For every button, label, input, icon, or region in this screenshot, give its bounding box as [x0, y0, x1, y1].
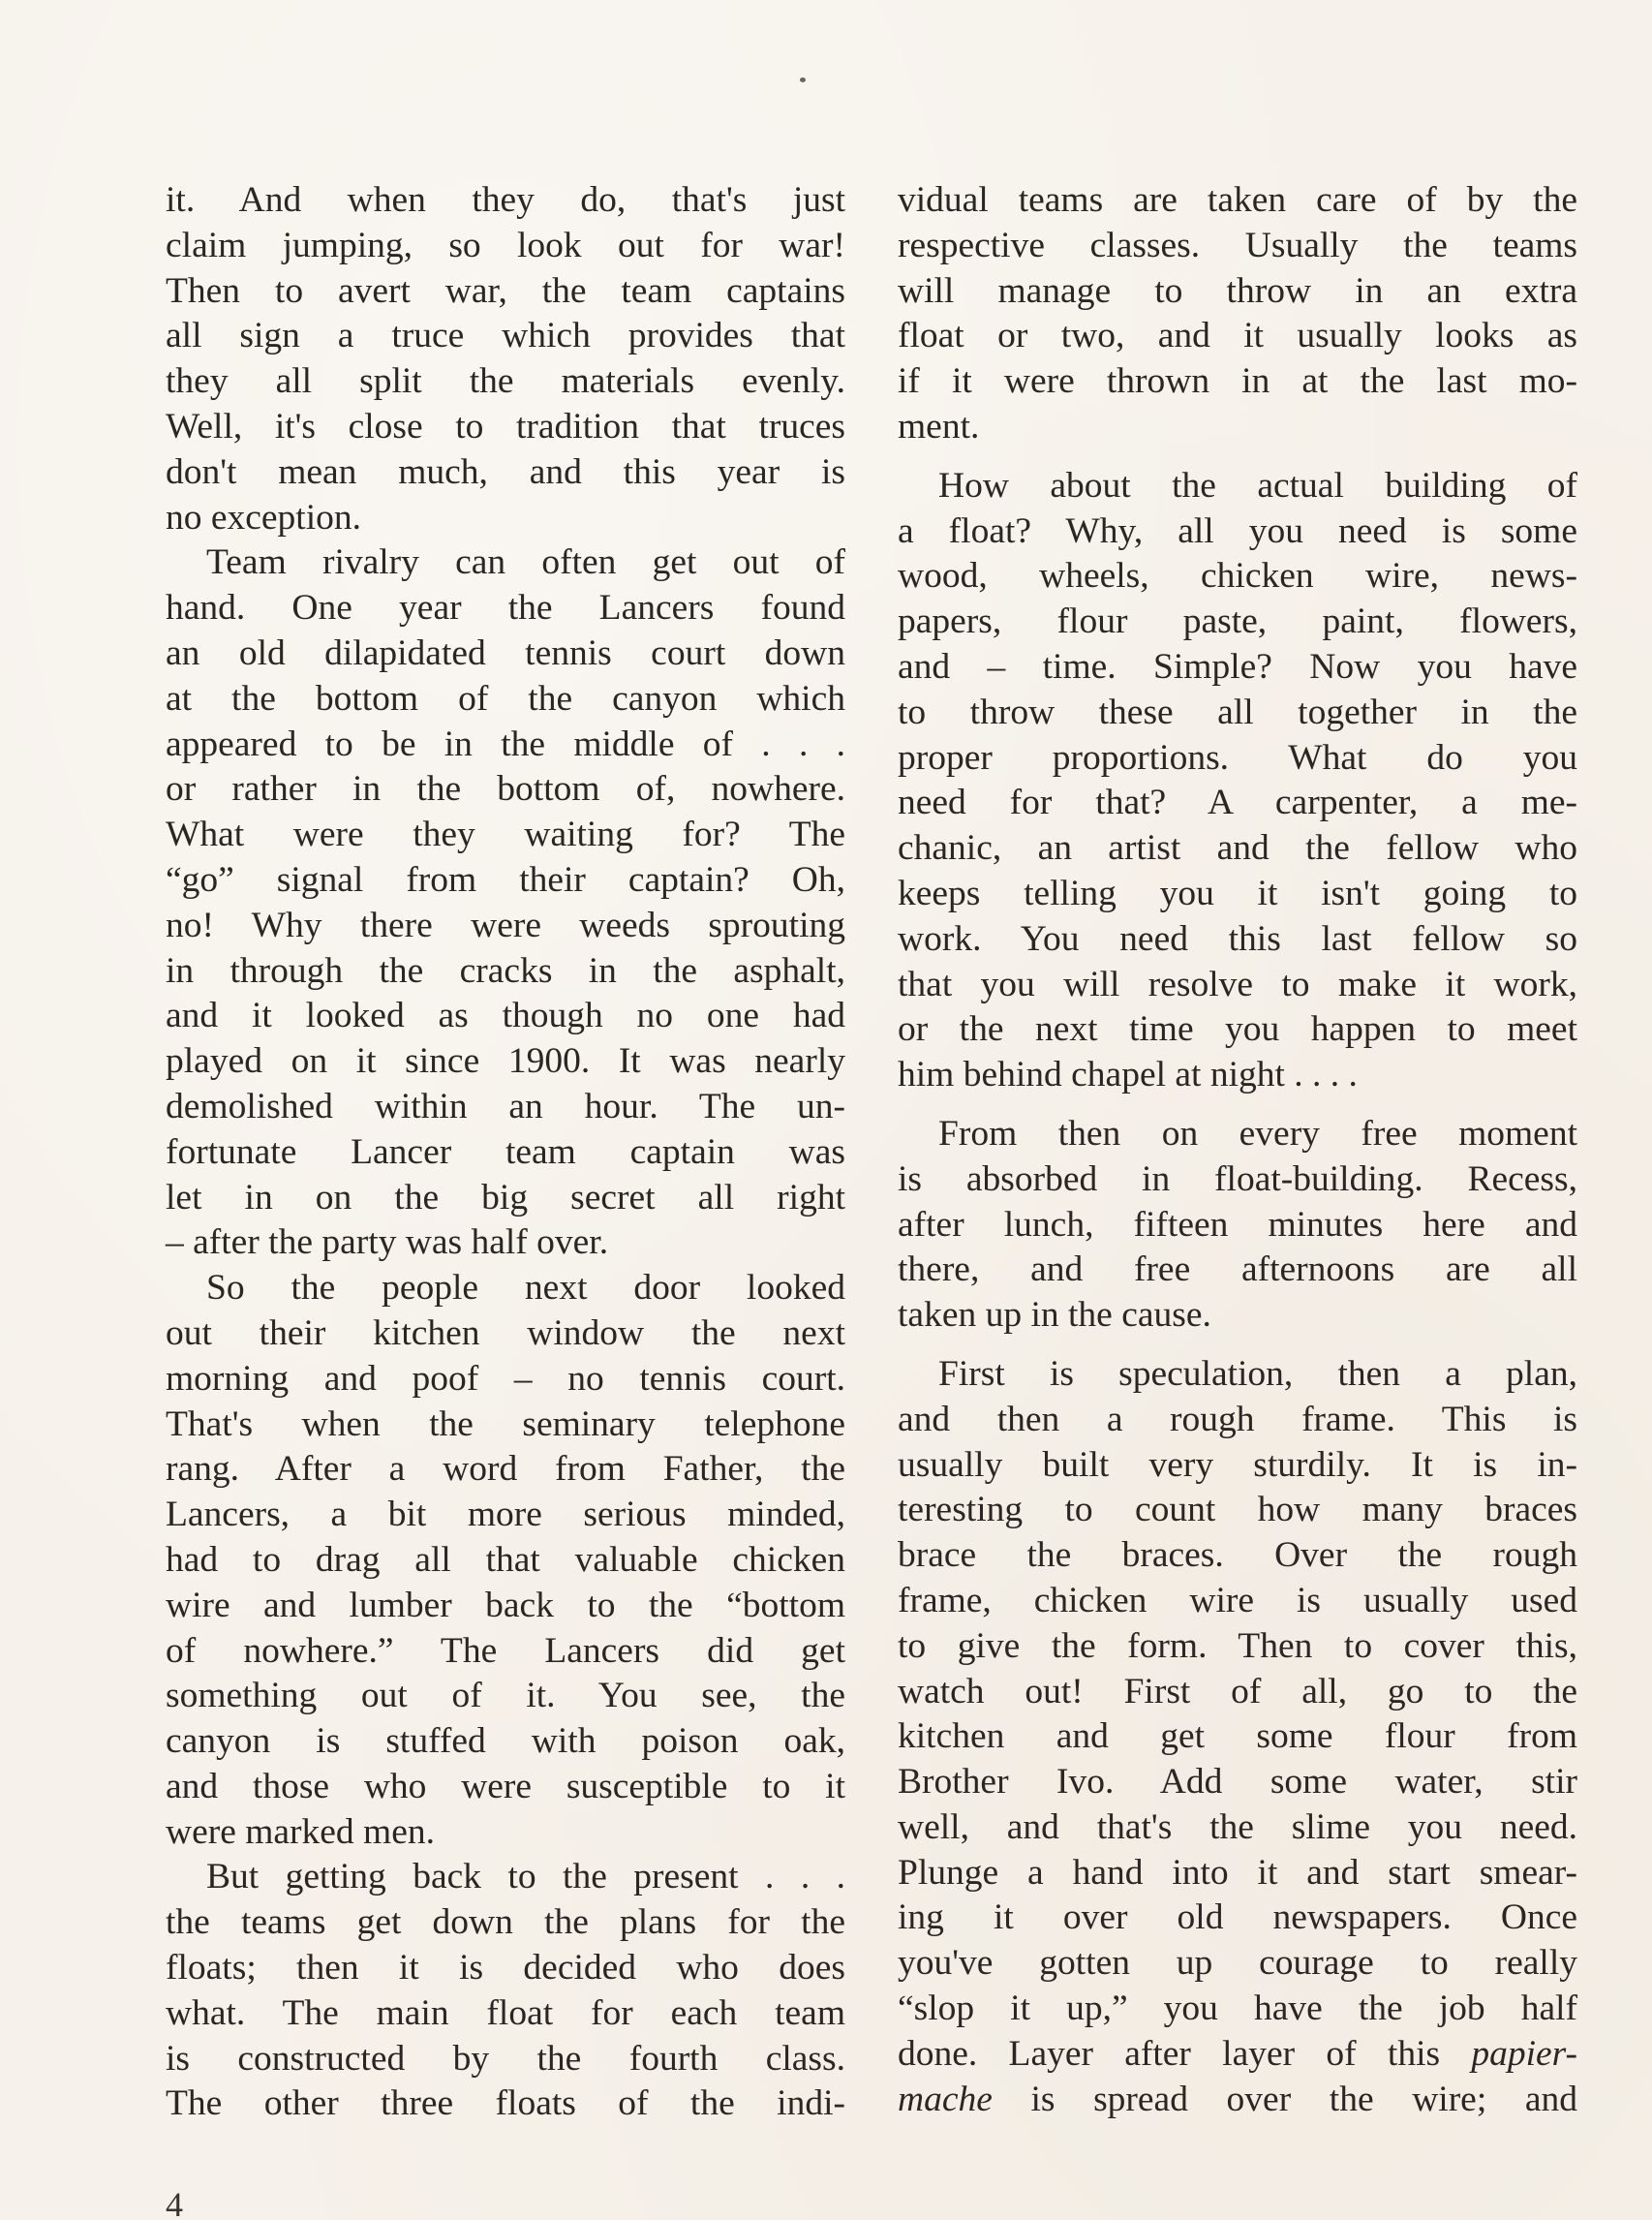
- text-line: – after the party was half over.: [166, 1220, 845, 1266]
- text-line: it. And when they do, that's just: [166, 178, 845, 224]
- text-line: floats; then it is decided who does: [166, 1946, 845, 1991]
- paragraph: How about the actual building of a float…: [898, 464, 1577, 1098]
- text-line: mache is spread over the wire; and: [898, 2078, 1577, 2123]
- text-line: what. The main float for each team: [166, 1991, 845, 2037]
- text-line: kitchen and get some flour from: [898, 1714, 1577, 1760]
- text-line: you've gotten up courage to really: [898, 1941, 1577, 1987]
- magazine-page: it. And when they do, that's just claim …: [0, 0, 1652, 2220]
- text-line: demolished within an hour. The un-: [166, 1085, 845, 1130]
- text-line: if it were thrown in at the last mo-: [898, 359, 1577, 405]
- text-line: him behind chapel at night . . . .: [898, 1053, 1577, 1098]
- text-line: to throw these all together in the: [898, 691, 1577, 736]
- text-line: or rather in the bottom of, nowhere.: [166, 767, 845, 813]
- paragraph-spacing: [898, 1098, 1577, 1112]
- text-line: So the people next door looked: [166, 1266, 845, 1311]
- text-line: had to drag all that valuable chicken: [166, 1538, 845, 1584]
- text-line: Plunge a hand into it and start smear-: [898, 1851, 1577, 1896]
- text-line: at the bottom of the canyon which: [166, 677, 845, 723]
- text-line: is constructed by the fourth class.: [166, 2037, 845, 2082]
- text-line: wire and lumber back to the “bottom: [166, 1584, 845, 1629]
- text-line: of nowhere.” The Lancers did get: [166, 1629, 845, 1675]
- text-line: vidual teams are taken care of by the: [898, 178, 1577, 224]
- paragraph: So the people next door looked out their…: [166, 1266, 845, 1855]
- text-line: chanic, an artist and the fellow who: [898, 826, 1577, 872]
- italic-term: mache: [898, 2080, 993, 2119]
- text-line: appeared to be in the middle of . . .: [166, 723, 845, 768]
- text-line: done. Layer after layer of this papier-: [898, 2032, 1577, 2078]
- text-line: hand. One year the Lancers found: [166, 586, 845, 632]
- print-speck: [800, 77, 806, 82]
- text-line: Lancers, a bit more serious minded,: [166, 1493, 845, 1538]
- text-line: let in on the big secret all right: [166, 1176, 845, 1221]
- text-line: that you will resolve to make it work,: [898, 963, 1577, 1008]
- text-line: From then on every free moment: [898, 1112, 1577, 1157]
- text-segment: is spread over the wire; and: [993, 2080, 1577, 2119]
- text-line: and then a rough frame. This is: [898, 1398, 1577, 1443]
- text-line: no exception.: [166, 496, 845, 541]
- paragraph: First is speculation, then a plan, and t…: [898, 1352, 1577, 2123]
- text-line: How about the actual building of: [898, 464, 1577, 509]
- text-line: rang. After a word from Father, the: [166, 1447, 845, 1493]
- text-segment: done. Layer after layer of this: [898, 2034, 1471, 2074]
- text-line: proper proportions. What do you: [898, 736, 1577, 782]
- paragraph: From then on every free moment is absorb…: [898, 1112, 1577, 1339]
- paragraph: it. And when they do, that's just claim …: [166, 178, 845, 540]
- text-line: taken up in the cause.: [898, 1293, 1577, 1339]
- text-line: a float? Why, all you need is some: [898, 509, 1577, 555]
- text-line: need for that? A carpenter, a me-: [898, 781, 1577, 826]
- text-line: brace the braces. Over the rough: [898, 1533, 1577, 1579]
- text-line: Well, it's close to tradition that truce…: [166, 405, 845, 450]
- left-column: it. And when they do, that's just claim …: [166, 178, 845, 2127]
- text-line: no! Why there were weeds sprouting: [166, 904, 845, 949]
- paragraph: Team rivalry can often get out of hand. …: [166, 540, 845, 1266]
- text-line: played on it since 1900. It was nearly: [166, 1039, 845, 1085]
- text-line: don't mean much, and this year is: [166, 450, 845, 496]
- text-line: frame, chicken wire is usually used: [898, 1579, 1577, 1624]
- text-line: in through the cracks in the asphalt,: [166, 949, 845, 995]
- text-line: is absorbed in float-building. Recess,: [898, 1157, 1577, 1203]
- text-line: keeps telling you it isn't going to: [898, 872, 1577, 917]
- text-line: to give the form. Then to cover this,: [898, 1624, 1577, 1670]
- right-column: vidual teams are taken care of by the re…: [898, 178, 1577, 2122]
- text-line: wood, wheels, chicken wire, news-: [898, 554, 1577, 600]
- text-line: Then to avert war, the team captains: [166, 269, 845, 315]
- text-line: canyon is stuffed with poison oak,: [166, 1719, 845, 1765]
- text-line: teresting to count how many braces: [898, 1488, 1577, 1533]
- text-line: But getting back to the present . . .: [166, 1855, 845, 1900]
- text-line: What were they waiting for? The: [166, 813, 845, 858]
- text-line: all sign a truce which provides that: [166, 314, 845, 359]
- paragraph-spacing: [898, 450, 1577, 464]
- text-line: float or two, and it usually looks as: [898, 314, 1577, 359]
- text-line: respective classes. Usually the teams: [898, 224, 1577, 269]
- text-line: and it looked as though no one had: [166, 994, 845, 1039]
- text-line: and – time. Simple? Now you have: [898, 645, 1577, 691]
- text-line: “slop it up,” you have the job half: [898, 1987, 1577, 2032]
- text-line: ment.: [898, 405, 1577, 450]
- text-line: and those who were susceptible to it: [166, 1765, 845, 1810]
- text-line: usually built very sturdily. It is in-: [898, 1443, 1577, 1489]
- text-line: out their kitchen window the next: [166, 1311, 845, 1357]
- text-line: were marked men.: [166, 1810, 845, 1856]
- text-line: after lunch, fifteen minutes here and: [898, 1203, 1577, 1249]
- text-line: fortunate Lancer team captain was: [166, 1130, 845, 1176]
- italic-term: papier-: [1471, 2034, 1577, 2074]
- text-line: will manage to throw in an extra: [898, 269, 1577, 315]
- text-line: the teams get down the plans for the: [166, 1900, 845, 1946]
- text-line: work. You need this last fellow so: [898, 917, 1577, 963]
- text-line: watch out! First of all, go to the: [898, 1670, 1577, 1715]
- paragraph-spacing: [898, 1339, 1577, 1352]
- page-number: 4: [166, 2187, 183, 2220]
- text-line: they all split the materials evenly.: [166, 359, 845, 405]
- text-line: That's when the seminary telephone: [166, 1403, 845, 1448]
- text-line: or the next time you happen to meet: [898, 1007, 1577, 1053]
- text-line: The other three floats of the indi-: [166, 2081, 845, 2127]
- text-line: morning and poof – no tennis court.: [166, 1357, 845, 1403]
- text-line: Team rivalry can often get out of: [166, 540, 845, 586]
- text-line: “go” signal from their captain? Oh,: [166, 858, 845, 904]
- text-line: Brother Ivo. Add some water, stir: [898, 1760, 1577, 1805]
- text-line: an old dilapidated tennis court down: [166, 632, 845, 677]
- text-line: First is speculation, then a plan,: [898, 1352, 1577, 1398]
- text-line: well, and that's the slime you need.: [898, 1805, 1577, 1851]
- text-line: something out of it. You see, the: [166, 1674, 845, 1719]
- paragraph: But getting back to the present . . . th…: [166, 1855, 845, 2127]
- paragraph: vidual teams are taken care of by the re…: [898, 178, 1577, 450]
- text-line: there, and free afternoons are all: [898, 1248, 1577, 1293]
- text-line: ing it over old newspapers. Once: [898, 1896, 1577, 1941]
- text-line: claim jumping, so look out for war!: [166, 224, 845, 269]
- text-line: papers, flour paste, paint, flowers,: [898, 600, 1577, 645]
